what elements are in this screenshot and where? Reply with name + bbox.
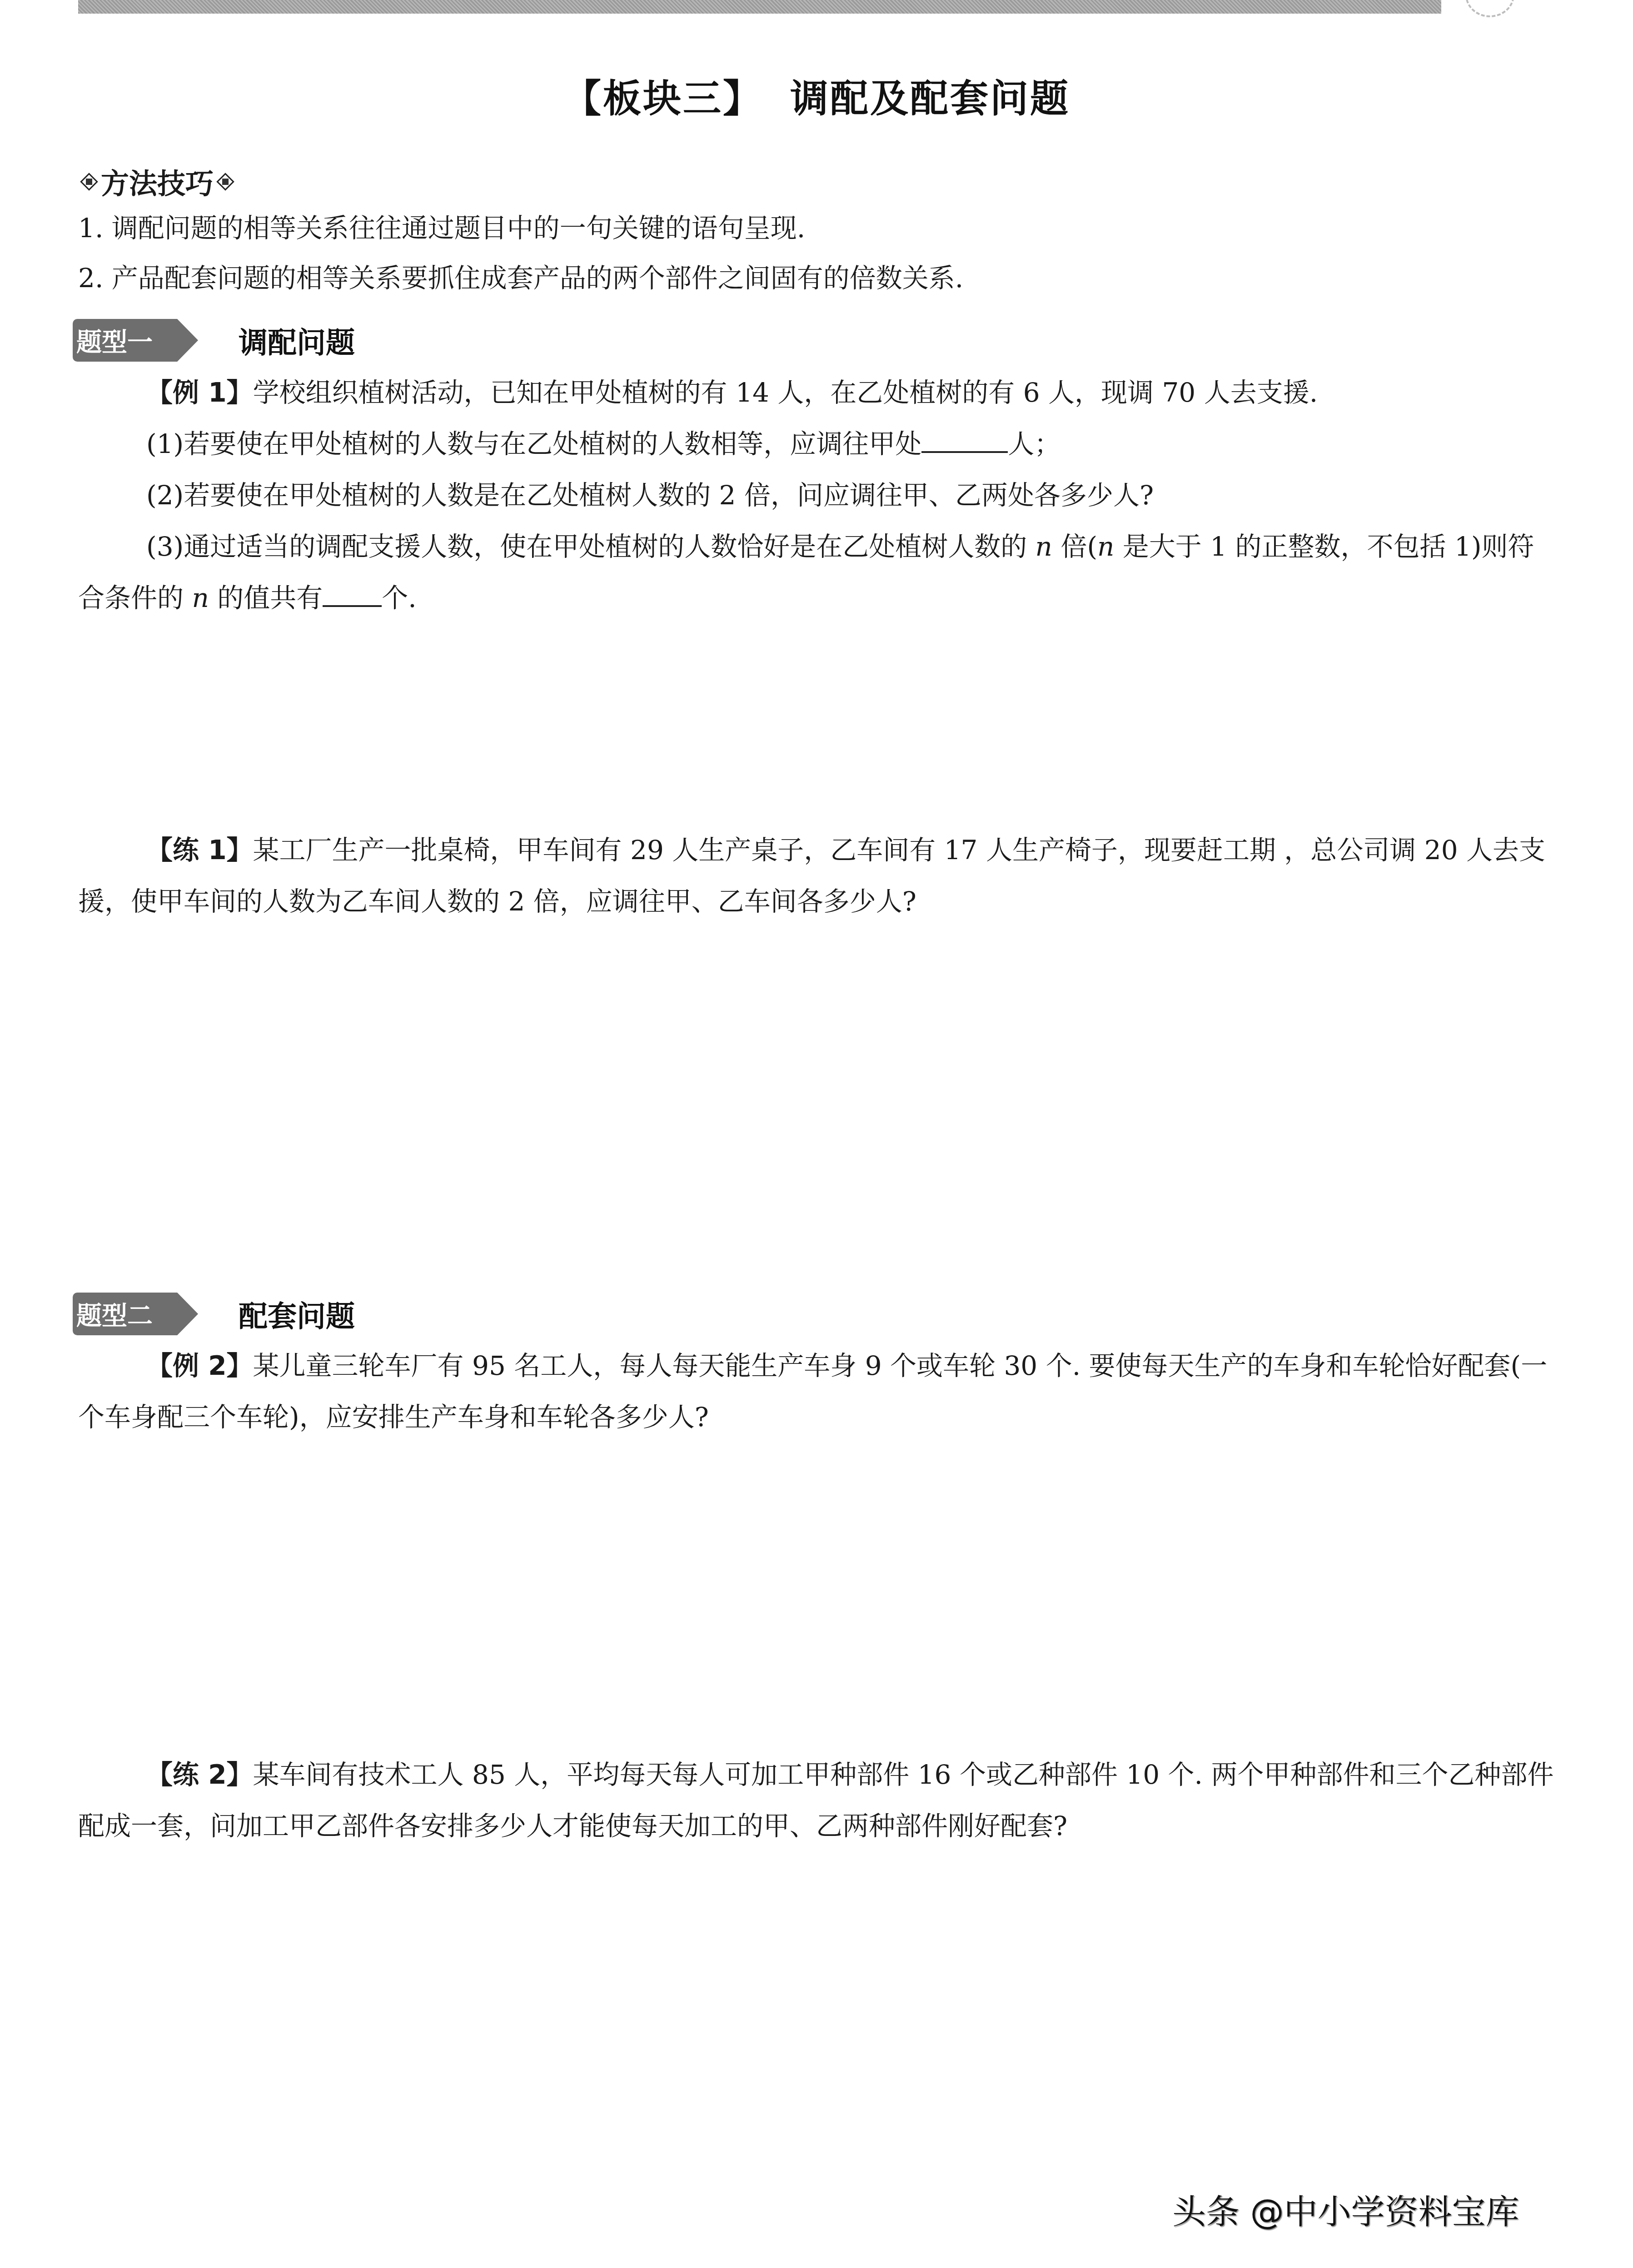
example-text: 某儿童三轮车厂有 95 名工人，每人每天能生产车身 9 个或车轮 30 个. 要… bbox=[78, 1350, 1547, 1432]
type-badge-label: 题型二 bbox=[76, 1296, 153, 1332]
question-3: (3)通过适当的调配支援人数，使在甲处植树的人数恰好是在乙处植树人数的 bbox=[146, 531, 1027, 562]
page-title-section: 【板块三】 bbox=[563, 76, 763, 121]
question-2: (2)若要使在甲处植树的人数是在乙处植树人数的 2 倍，问应调往甲、乙两处各多少… bbox=[78, 470, 1555, 521]
diamond-icon bbox=[216, 173, 234, 191]
answer-blank[interactable] bbox=[921, 428, 1008, 453]
answer-blank[interactable] bbox=[323, 582, 382, 607]
question-1-tail: 人； bbox=[1008, 428, 1060, 459]
section-tag-2: 题型二 配套问题 bbox=[73, 1293, 355, 1335]
diamond-icon bbox=[80, 173, 98, 191]
example-2: 【例 2】某儿童三轮车厂有 95 名工人，每人每天能生产车身 9 个或车轮 30… bbox=[78, 1340, 1555, 1443]
example-label: 【例 2】 bbox=[146, 1350, 253, 1381]
tip-2: 2. 产品配套问题的相等关系要抓住成套产品的两个部件之间固有的倍数关系. bbox=[78, 257, 963, 295]
method-header: 方法技巧 bbox=[77, 161, 237, 202]
practice-label: 【练 1】 bbox=[146, 835, 253, 865]
watermark: 头条 @中小学资料宝库 bbox=[1172, 2185, 1519, 2233]
method-header-label: 方法技巧 bbox=[101, 161, 214, 202]
section-title: 调配问题 bbox=[239, 319, 355, 361]
practice-1: 【练 1】某工厂生产一批桌椅，甲车间有 29 人生产桌子，乙车间有 17 人生产… bbox=[78, 825, 1555, 927]
practice-2: 【练 2】某车间有技术工人 85 人，平均每天每人可加工甲种部件 16 个或乙种… bbox=[78, 1749, 1555, 1852]
type-badge: 题型一 bbox=[73, 319, 177, 362]
question-3-tail: 个. bbox=[382, 582, 416, 613]
example-label: 【例 1】 bbox=[146, 377, 253, 408]
practice-text: 某工厂生产一批桌椅，甲车间有 29 人生产桌子，乙车间有 17 人生产椅子，现要… bbox=[78, 835, 1545, 917]
section-tag-1: 题型一 调配问题 bbox=[73, 319, 355, 362]
variable-n: n bbox=[1036, 531, 1052, 562]
example-stem: 学校组织植树活动，已知在甲处植树的有 14 人，在乙处植树的有 6 人，现调 7… bbox=[253, 377, 1318, 408]
question-3-text: 倍( bbox=[1060, 531, 1097, 562]
practice-label: 【练 2】 bbox=[146, 1759, 253, 1790]
section-title: 配套问题 bbox=[239, 1293, 355, 1335]
page-title: 【板块三】调配及配套问题 bbox=[0, 68, 1633, 123]
page-title-text: 调配及配套问题 bbox=[790, 76, 1070, 121]
variable-n: n bbox=[192, 582, 209, 613]
corner-badge-icon bbox=[1465, 0, 1514, 17]
type-badge-label: 题型一 bbox=[76, 322, 153, 358]
variable-n: n bbox=[1097, 531, 1114, 562]
header-band bbox=[78, 0, 1441, 14]
tip-1: 1. 调配问题的相等关系往往通过题目中的一句关键的语句呈现. bbox=[78, 207, 805, 245]
example-1: 【例 1】学校组织植树活动，已知在甲处植树的有 14 人，在乙处植树的有 6 人… bbox=[78, 367, 1555, 624]
question-3-text: 的值共有 bbox=[217, 582, 323, 613]
question-1: (1)若要使在甲处植树的人数与在乙处植树的人数相等，应调往甲处 bbox=[146, 428, 921, 459]
practice-text: 某车间有技术工人 85 人，平均每天每人可加工甲种部件 16 个或乙种部件 10… bbox=[78, 1759, 1553, 1841]
type-badge: 题型二 bbox=[73, 1293, 177, 1335]
